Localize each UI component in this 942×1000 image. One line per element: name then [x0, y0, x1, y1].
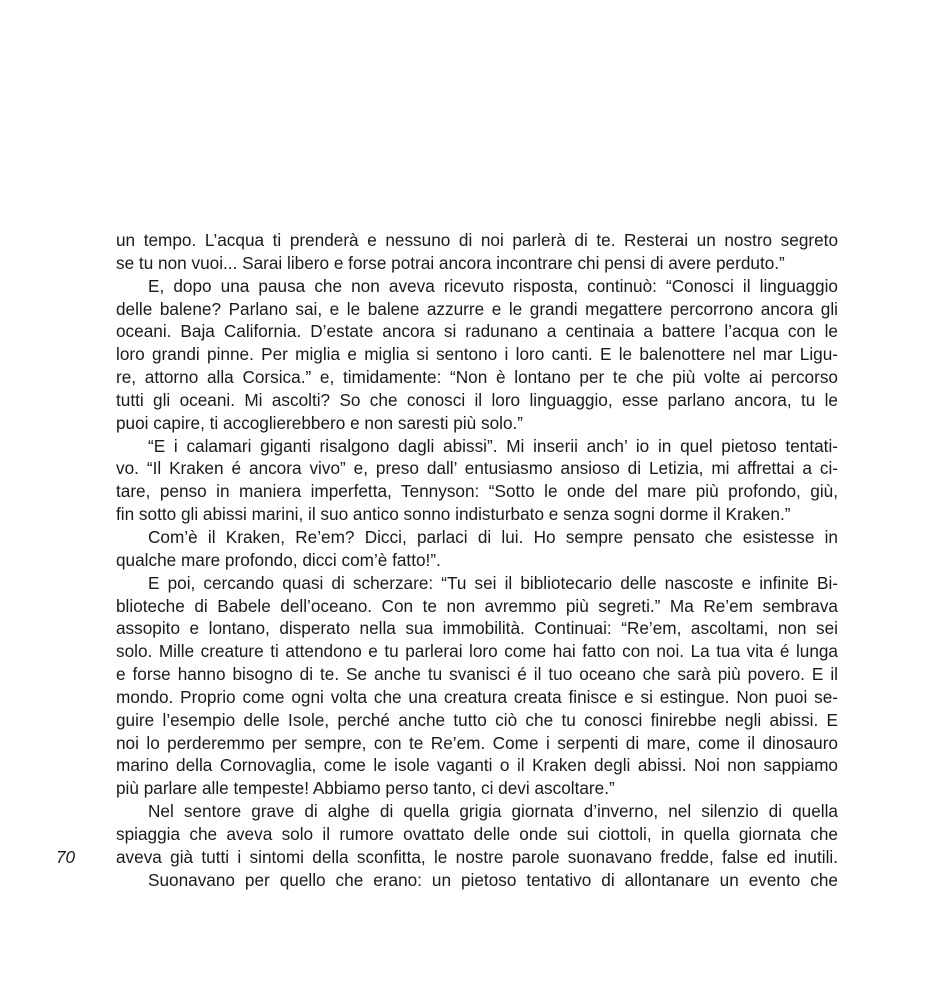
text-line: E, dopo una pausa che non aveva ricevuto… — [116, 275, 838, 298]
text-line: marino della Cornovaglia, come le isole … — [116, 754, 838, 777]
text-line: guire l’esempio delle Isole, perché anch… — [116, 709, 838, 732]
text-line: oceani. Baja California. D’estate ancora… — [116, 320, 838, 343]
book-page: un tempo. L’acqua ti prenderà e nessuno … — [0, 0, 942, 1000]
text-line: puoi capire, ti accoglierebbero e non sa… — [116, 412, 838, 435]
text-line: Suonavano per quello che erano: un pieto… — [116, 869, 838, 892]
page-number: 70 — [56, 846, 75, 869]
text-line: tare, penso in maniera imperfetta, Tenny… — [116, 480, 838, 503]
text-line: spiaggia che aveva solo il rumore ovatta… — [116, 823, 838, 846]
text-line: fin sotto gli abissi marini, il suo anti… — [116, 503, 838, 526]
text-line: più parlare alle tempeste! Abbiamo perso… — [116, 777, 838, 800]
text-line: e forse hanno bisogno di te. Se anche tu… — [116, 663, 838, 686]
text-line: assopito e lontano, disperato nella sua … — [116, 617, 838, 640]
text-line: se tu non vuoi... Sarai libero e forse p… — [116, 252, 838, 275]
text-line: blioteche di Babele dell’oceano. Con te … — [116, 595, 838, 618]
text-line: noi lo perderemmo per sempre, con te Re’… — [116, 732, 838, 755]
text-line: solo. Mille creature ti attendono e tu p… — [116, 640, 838, 663]
text-line: mondo. Proprio come ogni volta che una c… — [116, 686, 838, 709]
text-line: tutti gli oceani. Mi ascolti? So che con… — [116, 389, 838, 412]
text-line: delle balene? Parlano sai, e le balene a… — [116, 298, 838, 321]
text-line: loro grandi pinne. Per miglia e miglia s… — [116, 343, 838, 366]
text-line: un tempo. L’acqua ti prenderà e nessuno … — [116, 229, 838, 252]
text-line: vo. “Il Kraken é ancora vivo” e, preso d… — [116, 457, 838, 480]
text-line: “E i calamari giganti risalgono dagli ab… — [116, 435, 838, 458]
text-line: qualche mare profondo, dicci com’è fatto… — [116, 549, 838, 572]
text-line: Nel sentore grave di alghe di quella gri… — [116, 800, 838, 823]
text-line: E poi, cercando quasi di scherzare: “Tu … — [116, 572, 838, 595]
text-line: re, attorno alla Corsica.” e, timidament… — [116, 366, 838, 389]
body-text: un tempo. L’acqua ti prenderà e nessuno … — [116, 229, 838, 891]
text-line: Com’è il Kraken, Re’em? Dicci, parlaci d… — [116, 526, 838, 549]
text-line: aveva già tutti i sintomi della sconfitt… — [116, 846, 838, 869]
